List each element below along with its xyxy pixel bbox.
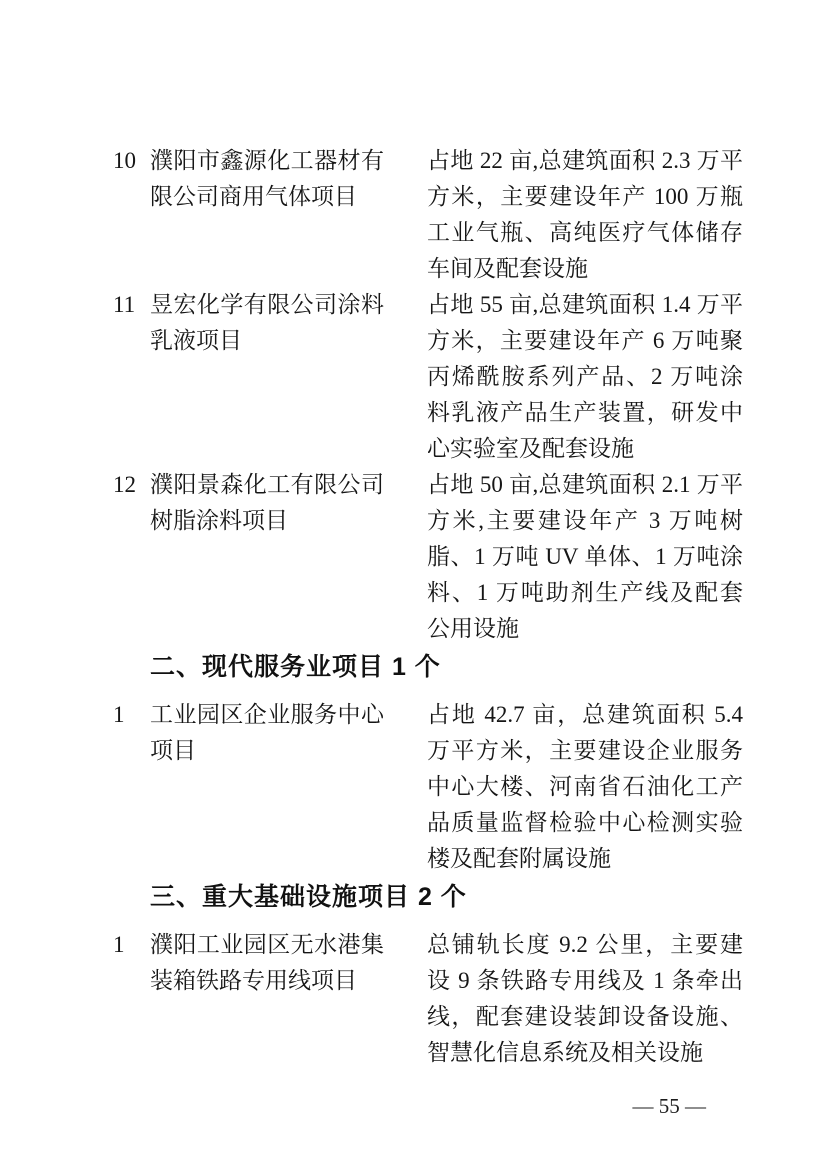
project-row: 11 昱宏化学有限公司涂料乳液项目 占地 55 亩,总建筑面积 1.4 万平方米… — [113, 287, 743, 467]
project-name: 濮阳工业园区无水港集装箱铁路专用线项目 — [150, 927, 384, 999]
project-number: 10 — [113, 143, 150, 179]
project-number: 12 — [113, 467, 150, 503]
project-description: 占地 42.7 亩，总建筑面积 5.4 万平方米，主要建设企业服务中心大楼、河南… — [427, 697, 743, 877]
project-number: 1 — [113, 927, 150, 963]
section-heading-infrastructure: 三、重大基础设施项目 2 个 — [150, 879, 743, 915]
project-row: 1 濮阳工业园区无水港集装箱铁路专用线项目 总铺轨长度 9.2 公里，主要建设 … — [113, 927, 743, 1071]
section-heading-modern-services: 二、现代服务业项目 1 个 — [150, 649, 743, 685]
project-description: 占地 55 亩,总建筑面积 1.4 万平方米，主要建设年产 6 万吨聚丙烯酰胺系… — [427, 287, 743, 467]
project-number: 1 — [113, 697, 150, 733]
project-description: 占地 50 亩,总建筑面积 2.1 万平方米,主要建设年产 3 万吨树脂、1 万… — [427, 467, 743, 647]
project-description: 总铺轨长度 9.2 公里，主要建设 9 条铁路专用线及 1 条牵出线，配套建设装… — [427, 927, 743, 1071]
project-name: 昱宏化学有限公司涂料乳液项目 — [150, 287, 384, 359]
project-name: 濮阳市鑫源化工器材有限公司商用气体项目 — [150, 143, 384, 215]
document-page: 10 濮阳市鑫源化工器材有限公司商用气体项目 占地 22 亩,总建筑面积 2.3… — [0, 0, 826, 1169]
project-name: 濮阳景森化工有限公司树脂涂料项目 — [150, 467, 384, 539]
project-row: 1 工业园区企业服务中心项目 占地 42.7 亩，总建筑面积 5.4 万平方米，… — [113, 697, 743, 877]
project-number: 11 — [113, 287, 150, 323]
project-row: 12 濮阳景森化工有限公司树脂涂料项目 占地 50 亩,总建筑面积 2.1 万平… — [113, 467, 743, 647]
project-name: 工业园区企业服务中心项目 — [150, 697, 384, 769]
document-content: 10 濮阳市鑫源化工器材有限公司商用气体项目 占地 22 亩,总建筑面积 2.3… — [113, 143, 743, 1119]
project-description: 占地 22 亩,总建筑面积 2.3 万平方米，主要建设年产 100 万瓶工业气瓶… — [427, 143, 743, 287]
project-row: 10 濮阳市鑫源化工器材有限公司商用气体项目 占地 22 亩,总建筑面积 2.3… — [113, 143, 743, 287]
page-number: — 55 — — [113, 1093, 743, 1119]
